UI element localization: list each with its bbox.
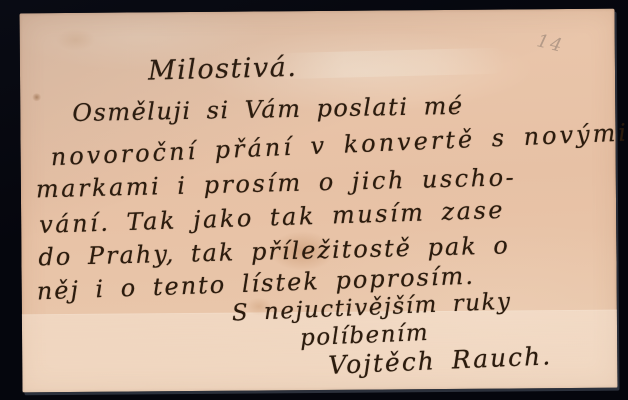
- handwriting-line: Osměluji si Vám poslati mé: [72, 92, 464, 127]
- photo-background: 14 Milostivá. Osměluji si Vám poslati mé…: [0, 0, 628, 400]
- stain: [56, 29, 96, 51]
- paper-smudge: [275, 48, 506, 80]
- pencil-mark: 14: [535, 30, 566, 57]
- stain: [32, 93, 41, 101]
- postcard: 14 Milostivá. Osměluji si Vám poslati mé…: [20, 9, 618, 393]
- salutation: Milostivá.: [148, 52, 298, 87]
- handwriting-line: novoroční přání v konvertě s novými: [50, 118, 628, 171]
